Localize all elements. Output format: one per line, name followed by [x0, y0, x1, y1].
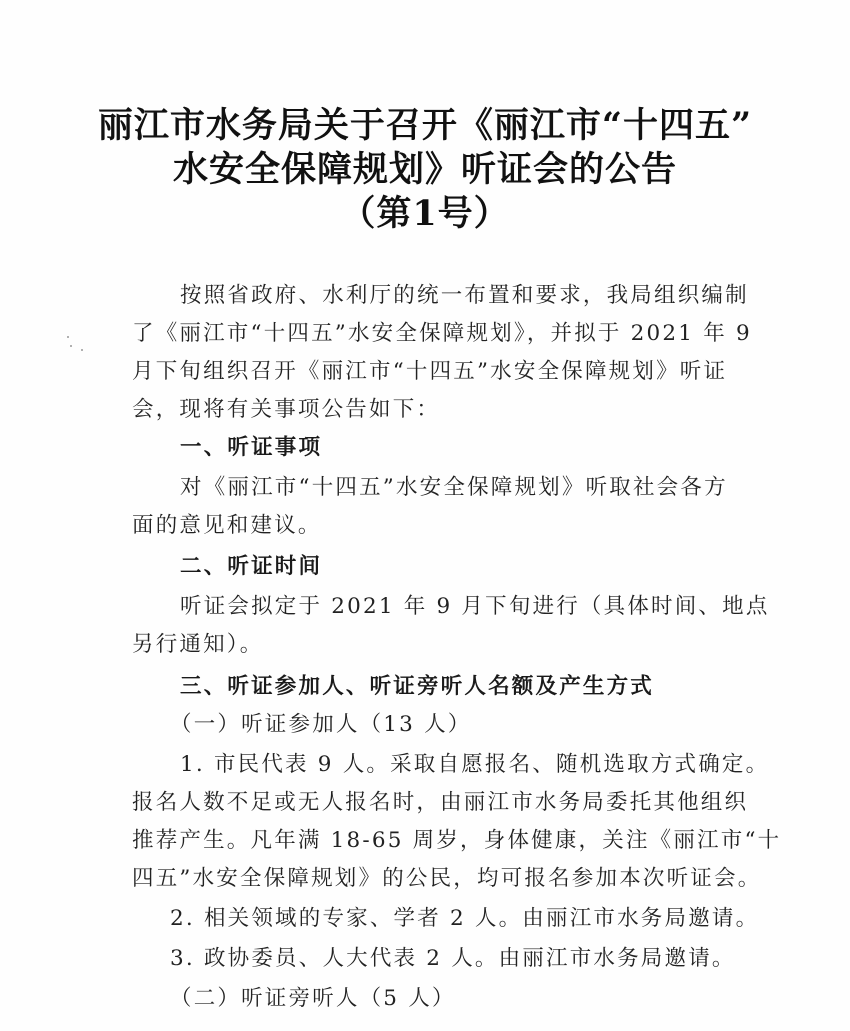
item-3-text: 3. 政协委员、人大代表 2 人。由丽江市水务局邀请。: [170, 944, 790, 974]
scan-speck: [81, 349, 83, 351]
document-title-line-1: 丽江市水务局关于召开《丽江市“十四五”: [0, 103, 850, 149]
subsection-1-heading: （一）听证参加人（13 人）: [170, 710, 790, 740]
intro-paragraph-line: 按照省政府、水利厅的统一布置和要求，我局组织编制: [180, 281, 800, 311]
document-title-line-2: 水安全保障规划》听证会的公告: [0, 147, 850, 193]
document-title-number: （第1号）: [0, 191, 850, 237]
section-2-heading: 二、听证时间: [180, 552, 800, 582]
item-1-text: 推荐产生。凡年满 18-65 周岁，身体健康，关注《丽江市“十: [132, 826, 752, 856]
item-2-text: 2. 相关领域的专家、学者 2 人。由丽江市水务局邀请。: [170, 904, 790, 934]
section-1-text: 面的意见和建议。: [132, 511, 752, 541]
section-2-text: 听证会拟定于 2021 年 9 月下旬进行（具体时间、地点: [180, 592, 800, 622]
subsection-2-heading: （二）听证旁听人（5 人）: [170, 984, 790, 1014]
intro-paragraph-line: 月下旬组织召开《丽江市“十四五”水安全保障规划》听证: [132, 357, 752, 387]
section-1-text: 对《丽江市“十四五”水安全保障规划》听取社会各方: [180, 473, 800, 503]
document-page: 丽江市水务局关于召开《丽江市“十四五” 水安全保障规划》听证会的公告 （第1号）…: [0, 0, 850, 1031]
item-1-text: 四五”水安全保障规划》的公民，均可报名参加本次听证会。: [132, 864, 752, 894]
section-2-text: 另行通知）。: [132, 630, 752, 660]
scan-speck: [67, 336, 69, 338]
item-1-text: 1. 市民代表 9 人。采取自愿报名、随机选取方式确定。: [180, 750, 800, 780]
item-1-text: 报名人数不足或无人报名时，由丽江市水务局委托其他组织: [132, 788, 752, 818]
intro-paragraph-line: 了《丽江市“十四五”水安全保障规划》，并拟于 2021 年 9: [132, 319, 752, 349]
section-3-heading: 三、听证参加人、听证旁听人名额及产生方式: [180, 672, 800, 702]
section-1-heading: 一、听证事项: [180, 433, 800, 463]
scan-speck: [70, 345, 72, 347]
intro-paragraph-line: 会，现将有关事项公告如下：: [132, 395, 752, 425]
